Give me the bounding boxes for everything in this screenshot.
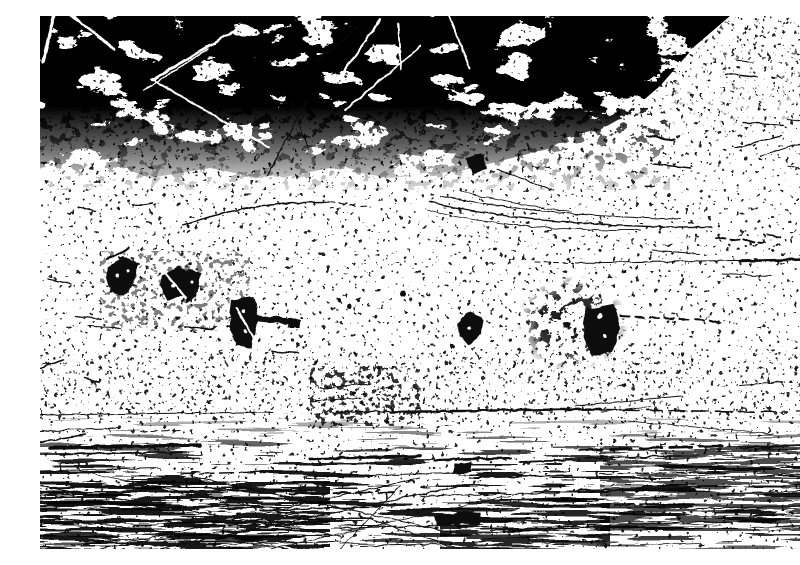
ink-speck xyxy=(209,395,211,397)
ink-speck xyxy=(196,278,198,280)
texture-patch xyxy=(40,108,670,190)
ink-speck xyxy=(375,315,378,318)
ink-speck xyxy=(744,27,747,30)
ink-speck xyxy=(187,225,190,228)
texture-patch xyxy=(660,16,800,136)
white-speck xyxy=(116,274,120,278)
ink-blob xyxy=(287,319,300,328)
ink-speck xyxy=(192,243,194,245)
ink-speck xyxy=(249,410,251,412)
ink-speck xyxy=(784,315,786,317)
ink-blob xyxy=(228,297,258,347)
ink-speck xyxy=(99,220,102,223)
ink-speck xyxy=(74,240,76,242)
ink-speck xyxy=(769,345,771,347)
ink-speck xyxy=(469,241,471,243)
ink-speck xyxy=(294,325,296,327)
ink-speck xyxy=(337,298,341,302)
white-speck xyxy=(191,281,194,284)
white-speck xyxy=(598,314,603,319)
ink-speck xyxy=(699,355,701,357)
ink-speck xyxy=(494,248,497,251)
grunge-texture-image xyxy=(40,16,800,549)
white-speck xyxy=(467,326,471,330)
white-speck xyxy=(603,334,607,338)
ink-speck xyxy=(302,346,304,348)
ink-speck xyxy=(569,237,572,240)
ink-speck xyxy=(739,300,741,302)
ink-speck xyxy=(729,370,731,372)
texture-layer-patches xyxy=(40,16,800,549)
ink-speck xyxy=(679,370,681,372)
ink-speck xyxy=(450,344,454,348)
grunge-texture-svg xyxy=(40,16,800,549)
ink-speck xyxy=(400,291,406,297)
ink-speck xyxy=(297,343,300,346)
white-speck xyxy=(171,284,175,288)
ink-speck xyxy=(444,233,447,236)
ink-speck xyxy=(347,304,352,309)
white-speck xyxy=(127,270,130,273)
ink-speck xyxy=(188,261,192,265)
ink-speck xyxy=(509,237,511,239)
ink-speck xyxy=(134,345,137,348)
ink-speck xyxy=(624,270,627,273)
ink-speck xyxy=(357,300,360,303)
ink-speck xyxy=(454,253,456,255)
ink-speck xyxy=(444,351,447,354)
ink-speck xyxy=(269,360,271,362)
white-speck xyxy=(243,329,247,333)
ink-speck xyxy=(504,255,506,257)
ink-speck xyxy=(754,47,756,49)
ink-speck xyxy=(659,335,662,338)
ink-speck xyxy=(149,383,151,385)
ink-speck xyxy=(679,283,681,285)
white-speck xyxy=(241,309,245,313)
